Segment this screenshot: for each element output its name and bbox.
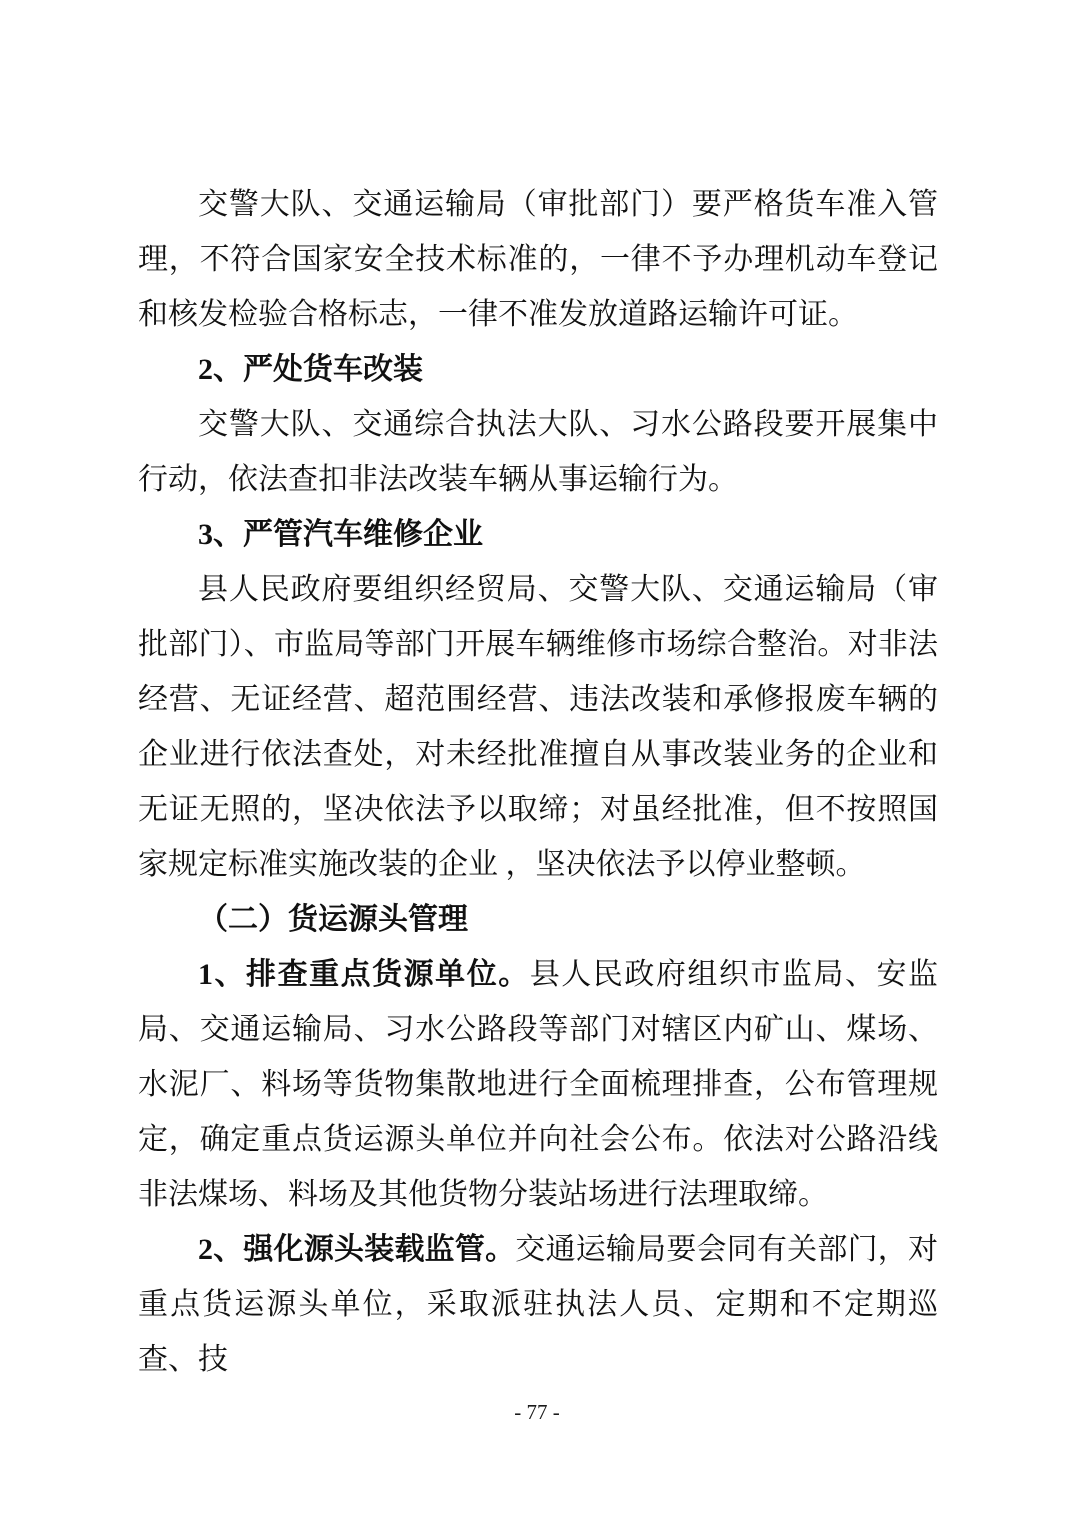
paragraph: 交警大队、交通运输局（审批部门）要严格货车准入管理，不符合国家安全技术标准的，一…: [138, 177, 938, 342]
paragraph: 2、强化源头装载监管。交通运输局要会同有关部门，对重点货运源头单位，采取派驻执法…: [138, 1222, 938, 1387]
paragraph-text: 县人民政府组织市监局、安监局、交通运输局、习水公路段等部门对辖区内矿山、煤场、水…: [138, 958, 938, 1211]
section-heading: 2、严处货车改装: [138, 342, 938, 397]
section-heading: 3、严管汽车维修企业: [138, 507, 938, 562]
paragraph: 1、排查重点货源单位。县人民政府组织市监局、安监局、交通运输局、习水公路段等部门…: [138, 947, 938, 1222]
paragraph: 县人民政府要组织经贸局、交警大队、交通运输局（审批部门）、市监局等部门开展车辆维…: [138, 562, 938, 892]
section-heading: （二）货运源头管理: [138, 892, 938, 947]
document-page: 交警大队、交通运输局（审批部门）要严格货车准入管理，不符合国家安全技术标准的，一…: [0, 0, 1074, 1520]
paragraph: 交警大队、交通综合执法大队、习水公路段要开展集中行动，依法查扣非法改装车辆从事运…: [138, 397, 938, 507]
page-number: - 77 -: [0, 1398, 1074, 1426]
document-body: 交警大队、交通运输局（审批部门）要严格货车准入管理，不符合国家安全技术标准的，一…: [138, 177, 938, 1387]
paragraph-lead: 2、强化源头装载监管。: [198, 1233, 515, 1266]
paragraph-lead: 1、排查重点货源单位。: [198, 958, 530, 991]
